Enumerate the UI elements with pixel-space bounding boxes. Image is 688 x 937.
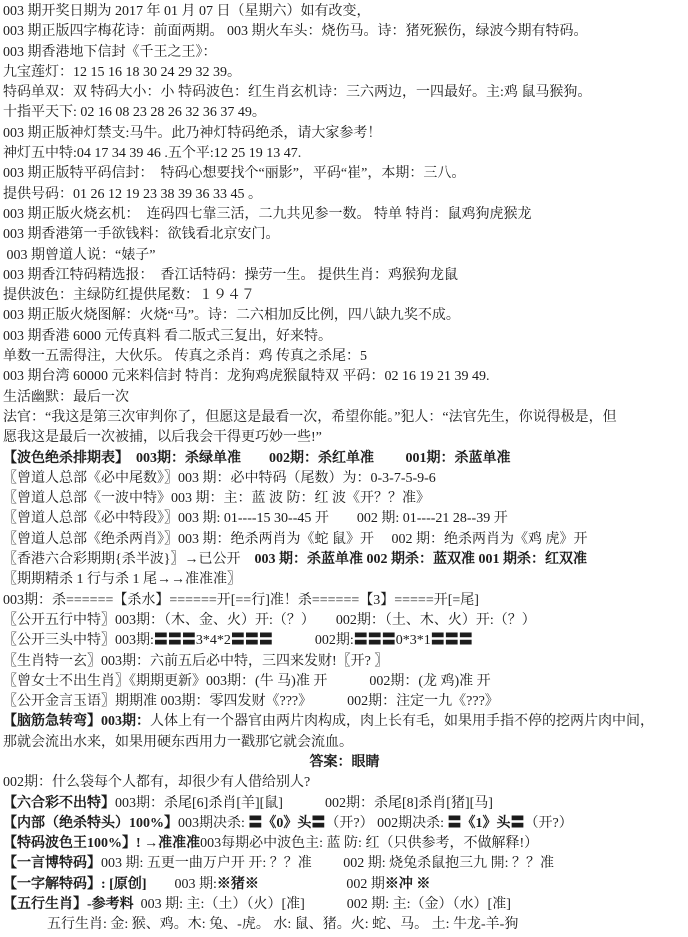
- text-line-29: 〖期期精杀 1 行与杀 1 尾→→准准准〗: [3, 570, 686, 590]
- text-segment: ※猪※: [217, 877, 259, 892]
- text-segment: 十指平天下: 02 16 08 23 28 26 32 36 37 49。: [3, 105, 266, 120]
- text-line-24: 〖曾道人总部《必中尾数》〗003 期：必中特码（尾数）为：0-3-7-5-9-6: [3, 469, 686, 489]
- text-segment: 提供号码：01 26 12 19 23 38 39 36 33 45 。: [3, 187, 262, 202]
- text-line-35: 〖公开金言玉语〗期期准 003期：零四发财《???》 002期：注定一九《???…: [3, 692, 686, 712]
- text-segment: 〓〓〓: [231, 633, 273, 648]
- text-segment: 〓〓〓: [154, 633, 196, 648]
- text-segment: 003 期开奖日期为 2017 年 01 月 07 日（星期六）如有改变，: [3, 4, 371, 19]
- text-line-31: 〖公开五行中特〗003期：（木、金、火）开:（？） 002期：（土、木、火）开:…: [3, 611, 686, 631]
- text-segment: 〖曾道人总部《一波中特》003 期：主：蓝 波 防：红 波《开？？准》: [3, 491, 430, 506]
- text-segment: 【一字解特码】: [原创]: [3, 877, 147, 892]
- text-line-1: 003 期开奖日期为 2017 年 01 月 07 日（星期六）如有改变，: [3, 2, 686, 22]
- text-segment: 〓《0》头〓: [248, 816, 325, 831]
- text-segment: 〖曾道人总部《必中特段》〗003 期: 01----15 30--45 开 00…: [3, 511, 508, 526]
- text-segment: 那就会流出水来，如果用硬东西用力一戳那它就会流血。: [3, 735, 353, 750]
- text-segment: （开?） 002期决杀:: [325, 816, 447, 831]
- text-line-23: 【波色绝杀排期表】 003期：杀绿单准 002期：杀红单准 001期：杀蓝单准: [3, 449, 686, 469]
- text-segment: 〖曾道人总部《必中尾数》〗003 期：必中特码（尾数）为：0-3-7-5-9-6: [3, 471, 436, 486]
- text-line-44: 【一字解特码】: [原创] 003 期:※猪※ 002 期※冲 ※: [3, 875, 686, 895]
- text-line-12: 003 期香港第一手欲钱料：欲钱看北京安门。: [3, 225, 686, 245]
- text-line-11: 003 期正版火烧玄机： 连码四七靠三活，二九共见参一数。 特单 特肖：鼠鸡狗虎…: [3, 205, 686, 225]
- text-line-21: 法官：“我这是第三次审判你了，但愿这是最看一次，希望你能。”犯人：“法官先生，你…: [3, 408, 686, 428]
- text-segment: 【一言博特码】: [3, 856, 101, 871]
- text-line-22: 愿我这是最后一次被捕，以后我会干得更巧妙一些!”: [3, 428, 686, 448]
- text-segment: 【特码波色王100%】! →准准准: [3, 836, 200, 851]
- text-segment: 【波色绝杀排期表】 003期：杀绿单准 002期：杀红单准 001期：杀蓝单准: [3, 451, 511, 466]
- text-segment: 003 期曾道人说：“婊子”: [3, 248, 155, 263]
- text-line-3: 003 期香港地下信封《千王之王》：: [3, 43, 686, 63]
- text-segment: 神灯五中特:04 17 34 39 46 .五个平:12 25 19 13 47…: [3, 146, 301, 161]
- text-segment: （开?）: [525, 816, 573, 831]
- text-segment: 003 期:: [147, 877, 217, 892]
- text-line-26: 〖曾道人总部《必中特段》〗003 期: 01----15 30--45 开 00…: [3, 509, 686, 529]
- text-segment: 五行生肖: 金: 猴、鸡。木: 兔、-虎。 水: 鼠、猪。火: 蛇、马。 土: …: [47, 917, 518, 932]
- text-line-13: 003 期曾道人说：“婊子”: [3, 246, 686, 266]
- text-segment: 〖曾道人总部《绝杀两肖》〗003 期：绝杀两肖为《蛇 鼠》开 002 期：绝杀两…: [3, 532, 588, 547]
- text-segment: 003 期正版四字梅花诗：前面两期。 003 期火车头：烧伤马。诗：猪死猴伤，绿…: [3, 24, 588, 39]
- text-line-25: 〖曾道人总部《一波中特》003 期：主：蓝 波 防：红 波《开？？准》: [3, 489, 686, 509]
- text-line-20: 生活幽默：最后一次: [3, 388, 686, 408]
- text-segment: 003 期：杀蓝单准 002 期杀：蓝双准 001 期杀：红双准: [254, 552, 587, 567]
- text-line-27: 〖曾道人总部《绝杀两肖》〗003 期：绝杀两肖为《蛇 鼠》开 002 期：绝杀两…: [3, 530, 686, 550]
- text-line-7: 003 期正版神灯禁支:马牛。此乃神灯特码绝杀，请大家参考！: [3, 124, 686, 144]
- text-line-2: 003 期正版四字梅花诗：前面两期。 003 期火车头：烧伤马。诗：猪死猴伤，绿…: [3, 22, 686, 42]
- text-line-16: 003 期正版火烧图解：火烧“马”。诗：二六相加反比例，四八缺九奖不成。: [3, 306, 686, 326]
- text-line-17: 003 期香港 6000 元传真料 看二版式三复出，好来特。: [3, 327, 686, 347]
- text-segment: ※冲 ※: [385, 877, 431, 892]
- text-segment: 单数一五需得注，大伙乐。 传真之杀肖：鸡 传真之杀尾：5: [3, 349, 367, 364]
- text-line-28: 〖香港六合彩期期{杀半波}〗→已公开 003 期：杀蓝单准 002 期杀：蓝双准…: [3, 550, 686, 570]
- text-line-40: 【六合彩不出特】003期：杀尾[6]杀肖[羊][鼠] 002期：杀尾[8]杀肖[…: [3, 794, 686, 814]
- text-segment: 003期决杀:: [178, 816, 248, 831]
- text-segment: 生活幽默：最后一次: [3, 390, 129, 405]
- text-line-5: 特码单双：双 特码大小：小 特码波色：红生肖玄机诗：三六两边，一四最好。主:鸡 …: [3, 83, 686, 103]
- text-segment: 特码单双：双 特码大小：小 特码波色：红生肖玄机诗：三六两边，一四最好。主:鸡 …: [3, 85, 591, 100]
- text-line-39: 002期：什么袋每个人都有，却很少有人借给别人?: [3, 773, 686, 793]
- text-line-15: 提供波色：主绿防红提供尾数：１９４７: [3, 286, 686, 306]
- text-line-36: 【脑筋急转弯】003期：人体上有一个器官由两片肉构成，肉上长有毛，如果用手指不停…: [3, 712, 686, 732]
- text-segment: 〖公开金言玉语〗期期准 003期：零四发财《???》 002期：注定一九《???…: [3, 694, 499, 709]
- text-segment: 〓《1》头〓: [448, 816, 525, 831]
- text-line-41: 【内部（绝杀特头）100%】003期决杀: 〓《0》头〓（开?） 002期决杀:…: [3, 814, 686, 834]
- text-segment: 答案：眼睛: [310, 755, 380, 770]
- text-segment: 【内部（绝杀特头）100%】: [3, 816, 178, 831]
- text-line-46: 五行生肖: 金: 猴、鸡。木: 兔、-虎。 水: 鼠、猪。火: 蛇、马。 土: …: [3, 915, 686, 935]
- text-segment: 【脑筋急转弯】003期：: [3, 714, 150, 729]
- text-segment: 〖公开三头中特〗003期:: [3, 633, 154, 648]
- text-line-6: 十指平天下: 02 16 08 23 28 26 32 36 37 49。: [3, 103, 686, 123]
- text-line-45: 【五行生肖】-参考料 003 期: 主:（土）（火）[准] 002 期: 主:（…: [3, 895, 686, 915]
- text-segment: 003期：杀尾[6]杀肖[羊][鼠] 002期：杀尾[8]杀肖[猪][马]: [115, 796, 493, 811]
- text-segment: 3*4*2: [196, 633, 231, 648]
- text-segment: 003 期正版火烧图解：火烧“马”。诗：二六相加反比例，四八缺九奖不成。: [3, 308, 460, 323]
- text-line-10: 提供号码：01 26 12 19 23 38 39 36 33 45 。: [3, 185, 686, 205]
- text-line-4: 九宝莲灯：12 15 16 18 30 24 29 32 39。: [3, 63, 686, 83]
- text-segment: 【五行生肖】-参考料: [3, 897, 134, 912]
- text-segment: 003每期必中波色主: 蓝 防: 红（只供参考，不做解释!）: [200, 836, 538, 851]
- text-segment: 003 期香港 6000 元传真料 看二版式三复出，好来特。: [3, 329, 332, 344]
- text-line-18: 单数一五需得注，大伙乐。 传真之杀肖：鸡 传真之杀尾：5: [3, 347, 686, 367]
- text-segment: 〖香港六合彩期期{杀半波}〗→已公开: [3, 552, 254, 567]
- text-segment: 〓〓〓: [354, 633, 396, 648]
- text-line-32: 〖公开三头中特〗003期:〓〓〓3*4*2〓〓〓 002期:〓〓〓0*3*1〓〓…: [3, 631, 686, 651]
- text-line-14: 003 期香江特码精选报： 香江话特码：操劳一生。 提供生肖：鸡猴狗龙鼠: [3, 266, 686, 286]
- text-segment: 〖公开五行中特〗003期：（木、金、火）开:（？） 002期：（土、木、火）开:…: [3, 613, 536, 628]
- text-line-33: 〖生肖特一玄〗003期：六前五后必中特，三四来发财!〖开? 〗: [3, 652, 686, 672]
- text-segment: 003 期正版神灯禁支:马牛。此乃神灯特码绝杀，请大家参考！: [3, 126, 381, 141]
- text-segment: 提供波色：主绿防红提供尾数：１９４７: [3, 288, 255, 303]
- text-segment: 法官：“我这是第三次审判你了，但愿这是最看一次，希望你能。”犯人：“法官先生，你…: [3, 410, 617, 425]
- text-line-30: 003期：杀======【杀水】======开[==行]准！杀======【3】…: [3, 591, 686, 611]
- text-line-37: 那就会流出水来，如果用硬东西用力一戳那它就会流血。: [3, 733, 686, 753]
- text-segment: 〓〓〓: [431, 633, 473, 648]
- text-segment: 002期:: [273, 633, 354, 648]
- text-segment: 〖期期精杀 1 行与杀 1 尾→→准准准〗: [3, 572, 241, 587]
- text-segment: 人体上有一个器官由两片肉构成，肉上长有毛，如果用手指不停的挖两片肉中间，: [150, 714, 654, 729]
- text-line-8: 神灯五中特:04 17 34 39 46 .五个平:12 25 19 13 47…: [3, 144, 686, 164]
- text-line-9: 003 期正版特平码信封： 特码心想要找个“丽影”，平码“崔”，本期：三八。: [3, 164, 686, 184]
- text-segment: 003 期香港第一手欲钱料：欲钱看北京安门。: [3, 227, 280, 242]
- text-line-42: 【特码波色王100%】! →准准准003每期必中波色主: 蓝 防: 红（只供参考…: [3, 834, 686, 854]
- text-segment: 003期：杀======【杀水】======开[==行]准！杀======【3】…: [3, 593, 479, 608]
- text-segment: 003 期正版火烧玄机： 连码四七靠三活，二九共见参一数。 特单 特肖：鼠鸡狗虎…: [3, 207, 532, 222]
- text-line-43: 【一言博特码】003 期: 五更一曲万户开 开: ？？准 002 期: 烧兔杀鼠…: [3, 854, 686, 874]
- text-line-38: 答案：眼睛: [3, 753, 686, 773]
- text-segment: 九宝莲灯：12 15 16 18 30 24 29 32 39。: [3, 65, 241, 80]
- text-segment: 003 期正版特平码信封： 特码心想要找个“丽影”，平码“崔”，本期：三八。: [3, 166, 465, 181]
- text-segment: 0*3*1: [396, 633, 431, 648]
- text-line-19: 003 期台湾 60000 元来料信封 特肖：龙狗鸡虎猴鼠特双 平码：02 16…: [3, 367, 686, 387]
- text-segment: 愿我这是最后一次被捕，以后我会干得更巧妙一些!”: [3, 430, 322, 445]
- text-segment: 003 期台湾 60000 元来料信封 特肖：龙狗鸡虎猴鼠特双 平码：02 16…: [3, 369, 490, 384]
- text-segment: 003 期: 五更一曲万户开 开: ？？准 002 期: 烧兔杀鼠抱三九 開: …: [101, 856, 554, 871]
- text-segment: 〖生肖特一玄〗003期：六前五后必中特，三四来发财!〖开? 〗: [3, 654, 388, 669]
- text-segment: 【六合彩不出特】: [3, 796, 115, 811]
- text-segment: 〖曾女士不出生肖〗《期期更新》003期：(牛 马)准 开 002期：(龙 鸡)准…: [3, 674, 491, 689]
- lottery-tip-sheet-document: 003 期开奖日期为 2017 年 01 月 07 日（星期六）如有改变，003…: [0, 0, 688, 936]
- text-segment: 002期：什么袋每个人都有，却很少有人借给别人?: [3, 775, 310, 790]
- text-line-34: 〖曾女士不出生肖〗《期期更新》003期：(牛 马)准 开 002期：(龙 鸡)准…: [3, 672, 686, 692]
- text-segment: 003 期香江特码精选报： 香江话特码：操劳一生。 提供生肖：鸡猴狗龙鼠: [3, 268, 458, 283]
- text-segment: 002 期: [259, 877, 385, 892]
- text-segment: 003 期: 主:（土）（火）[准] 002 期: 主:（金）（水）[准]: [134, 897, 511, 912]
- text-segment: 003 期香港地下信封《千王之王》：: [3, 45, 217, 60]
